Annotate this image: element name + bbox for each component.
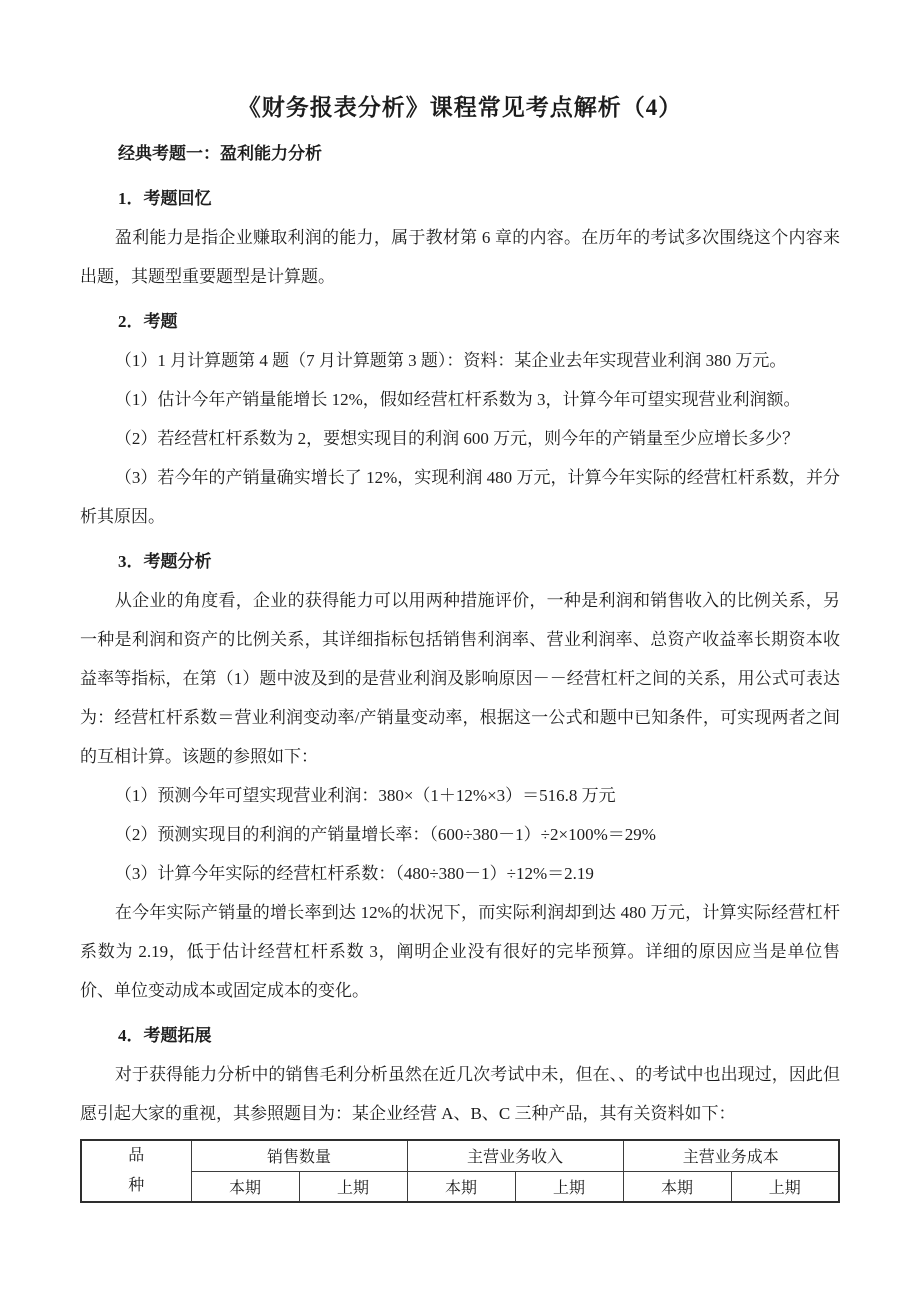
heading-question-extension: 4．考题拓展 — [80, 1016, 840, 1055]
heading-question-analysis: 3．考题分析 — [80, 542, 840, 581]
formula-line: （2）预测实现目的利润的产销量增长率：（600÷380－1）÷2×100%＝29… — [80, 815, 840, 854]
table-row: 本期 上期 本期 上期 本期 上期 — [81, 1171, 839, 1202]
paragraph: （1）估计今年产销量能增长 12%，假如经营杠杆系数为 3，计算今年可望实现营业… — [80, 380, 840, 419]
heading-question: 2．考题 — [80, 302, 840, 341]
product-kind-line1: 品 — [82, 1141, 191, 1171]
paragraph: 从企业的角度看，企业的获得能力可以用两种措施评价，一种是利润和销售收入的比例关系… — [80, 581, 840, 776]
table-subheader-prior: 上期 — [515, 1171, 623, 1202]
formula-line: （1）预测今年可望实现营业利润：380×（1＋12%×3）＝516.8 万元 — [80, 776, 840, 815]
table-row: 品 种 销售数量 主营业务收入 主营业务成本 — [81, 1140, 839, 1171]
formula-line: （3）计算今年实际的经营杠杆系数：（480÷380－1）÷12%＝2.19 — [80, 854, 840, 893]
section-subtitle: 经典考题一：盈利能力分析 — [80, 134, 840, 173]
page-title: 《财务报表分析》课程常见考点解析（4） — [80, 88, 840, 128]
heading-question-recall: 1．考题回忆 — [80, 179, 840, 218]
table-subheader-current: 本期 — [623, 1171, 731, 1202]
paragraph: （1）1 月计算题第 4 题（7 月计算题第 3 题）：资料：某企业去年实现营业… — [80, 341, 840, 380]
paragraph: （3）若今年的产销量确实增长了 12%，实现利润 480 万元，计算今年实际的经… — [80, 458, 840, 536]
product-kind-line2: 种 — [82, 1171, 191, 1201]
table-subheader-prior: 上期 — [731, 1171, 839, 1202]
table-header-main-cost: 主营业务成本 — [623, 1140, 839, 1171]
table-header-sales-quantity: 销售数量 — [191, 1140, 407, 1171]
products-table: 品 种 销售数量 主营业务收入 主营业务成本 本期 上期 本期 上期 本期 上期 — [80, 1139, 840, 1203]
table-cell-product-kind: 品 种 — [81, 1140, 191, 1202]
paragraph: （2）若经营杠杆系数为 2，要想实现目的利润 600 万元，则今年的产销量至少应… — [80, 419, 840, 458]
table-subheader-current: 本期 — [191, 1171, 299, 1202]
paragraph: 盈利能力是指企业赚取利润的能力，属于教材第 6 章的内容。在历年的考试多次围绕这… — [80, 218, 840, 296]
paragraph: 在今年实际产销量的增长率到达 12%的状况下，而实际利润却到达 480 万元，计… — [80, 893, 840, 1010]
table-header-main-revenue: 主营业务收入 — [407, 1140, 623, 1171]
table-subheader-current: 本期 — [407, 1171, 515, 1202]
table-subheader-prior: 上期 — [299, 1171, 407, 1202]
paragraph: 对于获得能力分析中的销售毛利分析虽然在近几次考试中未，但在、、的考试中也出现过，… — [80, 1055, 840, 1133]
document-page: 《财务报表分析》课程常见考点解析（4） 经典考题一：盈利能力分析 1．考题回忆 … — [0, 0, 920, 1302]
